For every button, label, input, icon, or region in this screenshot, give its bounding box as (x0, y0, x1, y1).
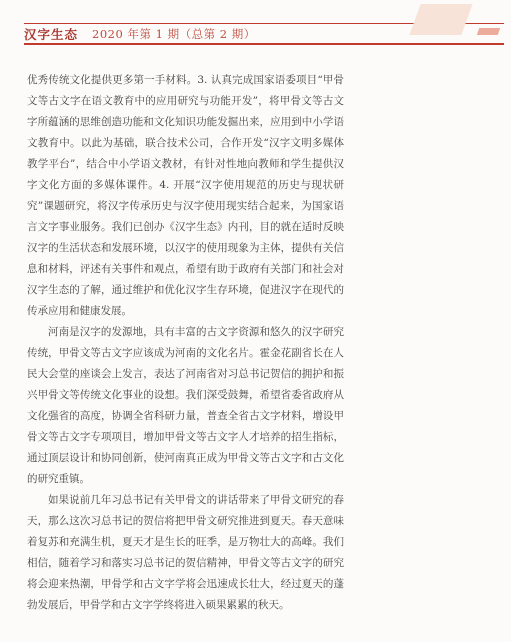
article-paragraph: 优秀传统文化提供更多第一手材料。3. 认真完成国家语委项目“甲骨文等古文字在语文… (27, 70, 344, 322)
header-decoration-large-parallelogram (409, 4, 472, 35)
page-header: 汉字生态 2020 年第 1 期（总第 2 期） (24, 25, 256, 42)
article-body: 优秀传统文化提供更多第一手材料。3. 认真完成国家语委项目“甲骨文等古文字在语文… (27, 70, 344, 616)
header-decoration-small-parallelogram (477, 28, 501, 35)
journal-page: 汉字生态 2020 年第 1 期（总第 2 期） 优秀传统文化提供更多第一手材料… (0, 0, 511, 642)
issue-info: 2020 年第 1 期（总第 2 期） (92, 26, 256, 42)
article-paragraph: 河南是汉字的发源地，具有丰富的古文字资源和悠久的汉字研究传统，甲骨文等古文字应该… (27, 322, 344, 490)
header-bottom-rule (24, 43, 504, 45)
article-paragraph: 如果说前几年习总书记有关甲骨文的讲话带来了甲骨文研究的春天，那么这次习总书记的贺… (27, 490, 344, 616)
journal-title: 汉字生态 (24, 25, 78, 43)
